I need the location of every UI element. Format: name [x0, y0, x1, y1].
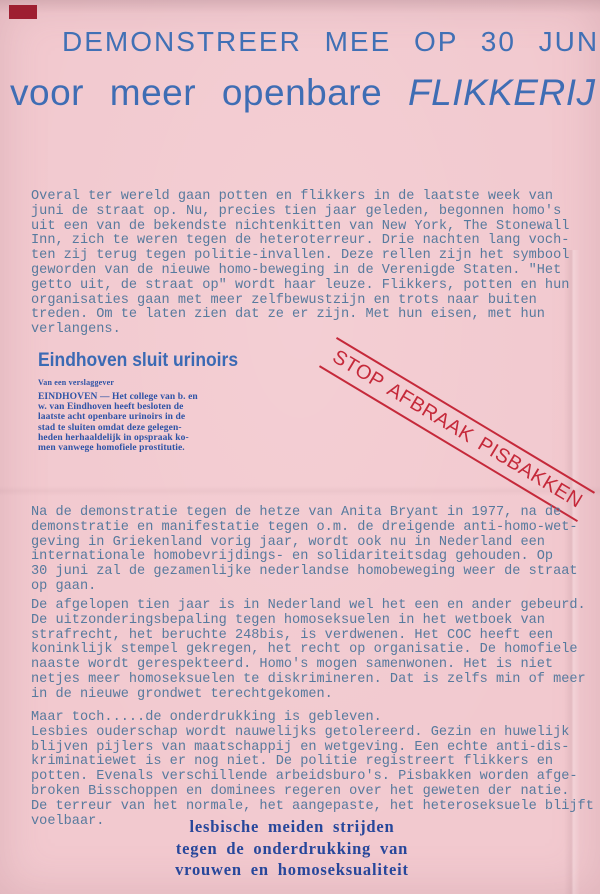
footer-slogan-line: vrouwen en homoseksualiteit — [0, 859, 584, 881]
paragraph-solidarity-day: Na de demonstratie tegen de hetze van An… — [31, 506, 597, 595]
red-stamp — [9, 5, 37, 19]
paragraph-oppression: Maar toch.....de onderdrukking is geblev… — [31, 711, 597, 829]
footer-slogan-line: tegen de onderdrukking van — [0, 838, 584, 860]
paper-crease-top — [0, 0, 600, 16]
footer-slogan-line: lesbische meiden strijden — [0, 816, 584, 838]
clipping-headline: Eindhoven sluit urinoirs — [38, 351, 236, 370]
clipping-body: EINDHOVEN — Het college van b. en w. van… — [38, 392, 220, 453]
clipping-byline: Van een verslaggever — [38, 379, 253, 387]
footer-slogan: lesbische meiden strijden tegen de onder… — [0, 816, 584, 881]
paragraph-stonewall: Overal ter wereld gaan potten en flikker… — [31, 190, 597, 338]
headline-main-italic: FLIKKERIJ — [408, 72, 596, 113]
news-clipping: Eindhoven sluit urinoirs Van een verslag… — [38, 351, 253, 453]
headline-date: DEMONSTREER MEE OP 30 JUNI — [62, 27, 600, 57]
flyer-page: DEMONSTREER MEE OP 30 JUNI voor meer ope… — [0, 0, 600, 894]
headline-main: voor meer openbare FLIKKERIJ — [10, 72, 595, 114]
paper-crease-middle — [0, 486, 600, 496]
headline-main-regular: voor meer openbare — [10, 72, 382, 113]
paragraph-ten-years: De afgelopen tien jaar is in Nederland w… — [31, 599, 597, 703]
